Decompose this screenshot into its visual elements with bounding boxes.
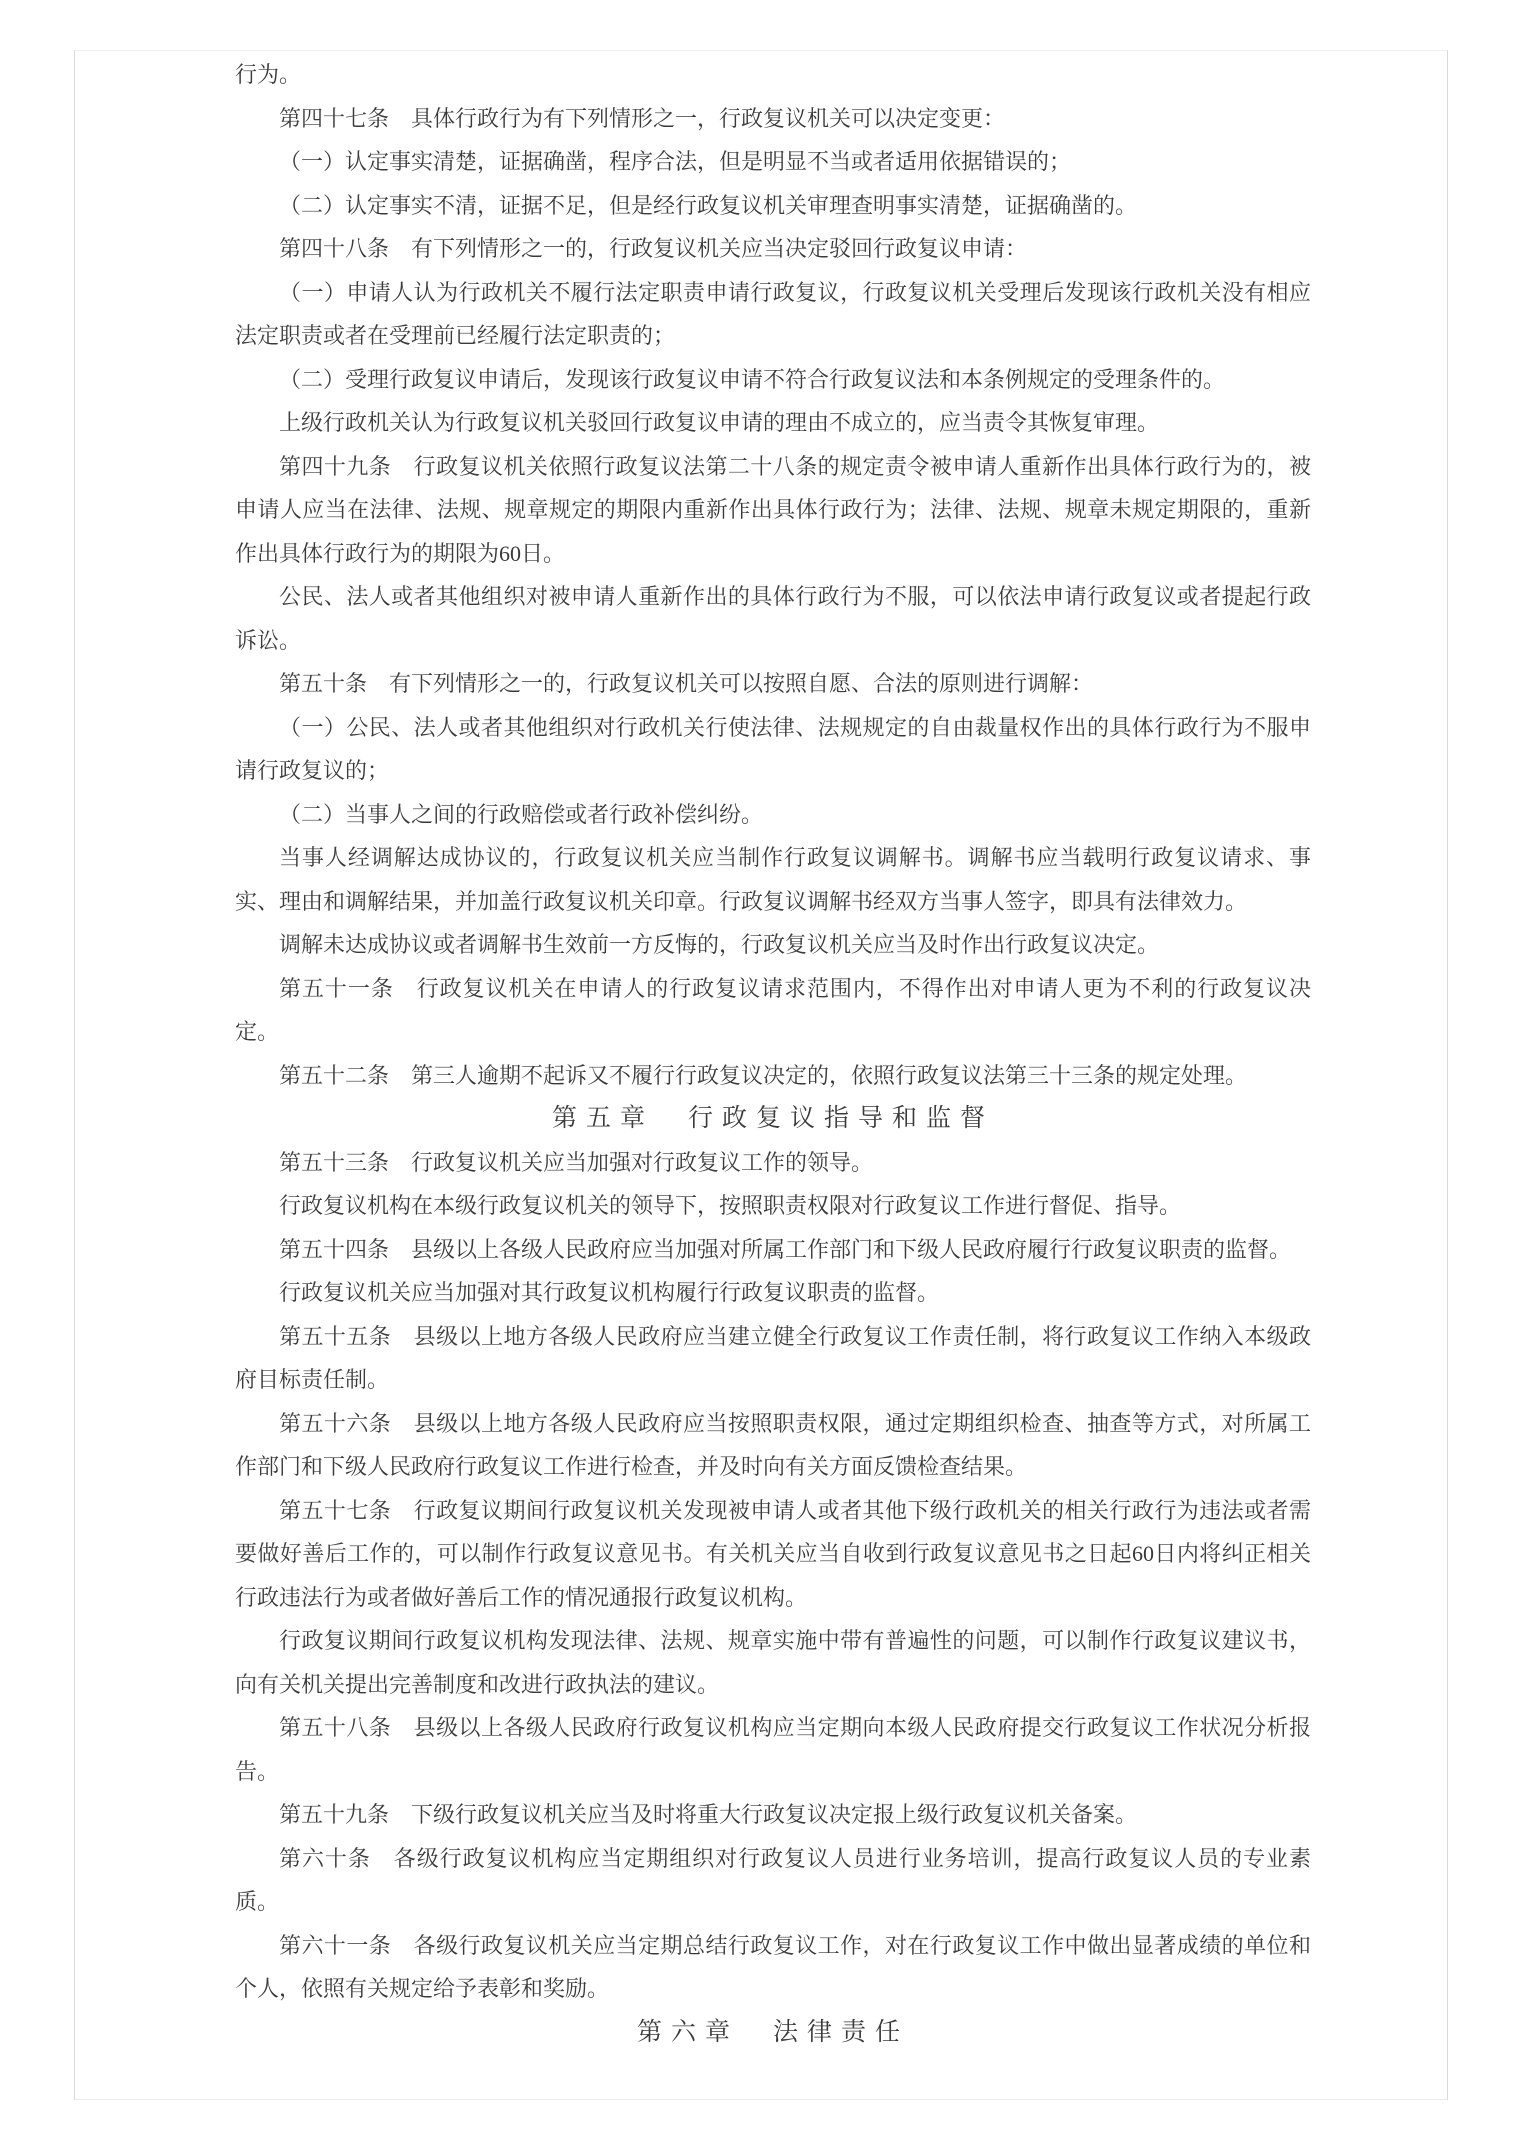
paragraph: 第四十九条 行政复议机关依照行政复议法第二十八条的规定责令被申请人重新作出具体行… bbox=[235, 445, 1311, 576]
chapter-heading: 第六章 法律责任 bbox=[235, 2011, 1311, 2055]
paragraph: （一）申请人认为行政机关不履行法定职责申请行政复议，行政复议机关受理后发现该行政… bbox=[235, 271, 1311, 358]
paragraph: （二）受理行政复议申请后，发现该行政复议申请不符合行政复议法和本条例规定的受理条… bbox=[235, 358, 1311, 402]
paragraph: （二）当事人之间的行政赔偿或者行政补偿纠纷。 bbox=[235, 793, 1311, 837]
paragraph: 第四十八条 有下列情形之一的，行政复议机关应当决定驳回行政复议申请： bbox=[235, 227, 1311, 271]
paragraph: 第五十四条 县级以上各级人民政府应当加强对所属工作部门和下级人民政府履行行政复议… bbox=[235, 1228, 1311, 1272]
paragraph: 第五十五条 县级以上地方各级人民政府应当建立健全行政复议工作责任制，将行政复议工… bbox=[235, 1315, 1311, 1402]
paragraph: 第五十三条 行政复议机关应当加强对行政复议工作的领导。 bbox=[235, 1141, 1311, 1185]
paragraph: 第六十条 各级行政复议机构应当定期组织对行政复议人员进行业务培训，提高行政复议人… bbox=[235, 1837, 1311, 1924]
paragraph: 第五十六条 县级以上地方各级人民政府应当按照职责权限，通过定期组织检查、抽查等方… bbox=[235, 1402, 1311, 1489]
paragraph: 行政复议期间行政复议机构发现法律、法规、规章实施中带有普遍性的问题，可以制作行政… bbox=[235, 1619, 1311, 1706]
paragraph: 第四十七条 具体行政行为有下列情形之一，行政复议机关可以决定变更： bbox=[235, 97, 1311, 141]
paragraph: 第六十一条 各级行政复议机关应当定期总结行政复议工作，对在行政复议工作中做出显著… bbox=[235, 1924, 1311, 2011]
document-page: 行为。第四十七条 具体行政行为有下列情形之一，行政复议机关可以决定变更：（一）认… bbox=[74, 50, 1448, 2100]
paragraph: 行政复议机关应当加强对其行政复议机构履行行政复议职责的监督。 bbox=[235, 1271, 1311, 1315]
chapter-heading: 第五章 行政复议指导和监督 bbox=[235, 1097, 1311, 1141]
paragraph: 当事人经调解达成协议的，行政复议机关应当制作行政复议调解书。调解书应当载明行政复… bbox=[235, 836, 1311, 923]
paragraph: （一）认定事实清楚，证据确凿，程序合法，但是明显不当或者适用依据错误的； bbox=[235, 140, 1311, 184]
paragraph: 第五十八条 县级以上各级人民政府行政复议机构应当定期向本级人民政府提交行政复议工… bbox=[235, 1706, 1311, 1793]
document-content: 行为。第四十七条 具体行政行为有下列情形之一，行政复议机关可以决定变更：（一）认… bbox=[235, 53, 1311, 2054]
paragraph: 第五十二条 第三人逾期不起诉又不履行行政复议决定的，依照行政复议法第三十三条的规… bbox=[235, 1054, 1311, 1098]
paragraph: 上级行政机关认为行政复议机关驳回行政复议申请的理由不成立的，应当责令其恢复审理。 bbox=[235, 401, 1311, 445]
paragraph: 行为。 bbox=[235, 53, 1311, 97]
paragraph: 第五十条 有下列情形之一的，行政复议机关可以按照自愿、合法的原则进行调解： bbox=[235, 662, 1311, 706]
paragraph: （二）认定事实不清，证据不足，但是经行政复议机关审理查明事实清楚，证据确凿的。 bbox=[235, 184, 1311, 228]
paragraph: （一）公民、法人或者其他组织对行政机关行使法律、法规规定的自由裁量权作出的具体行… bbox=[235, 706, 1311, 793]
paragraph: 第五十一条 行政复议机关在申请人的行政复议请求范围内，不得作出对申请人更为不利的… bbox=[235, 967, 1311, 1054]
paragraph: 第五十九条 下级行政复议机关应当及时将重大行政复议决定报上级行政复议机关备案。 bbox=[235, 1793, 1311, 1837]
paragraph: 公民、法人或者其他组织对被申请人重新作出的具体行政行为不服，可以依法申请行政复议… bbox=[235, 575, 1311, 662]
paragraph: 调解未达成协议或者调解书生效前一方反悔的，行政复议机关应当及时作出行政复议决定。 bbox=[235, 923, 1311, 967]
paragraph: 行政复议机构在本级行政复议机关的领导下，按照职责权限对行政复议工作进行督促、指导… bbox=[235, 1184, 1311, 1228]
paragraph: 第五十七条 行政复议期间行政复议机关发现被申请人或者其他下级行政机关的相关行政行… bbox=[235, 1489, 1311, 1620]
